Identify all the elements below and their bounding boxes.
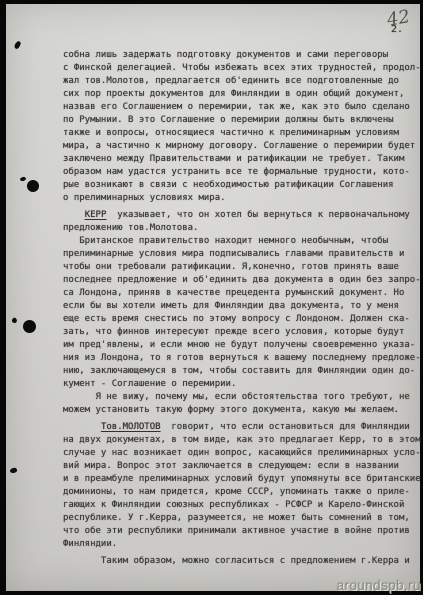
text-line: Я не вижу, почему мы, если обстоятельств… [63,391,422,404]
paragraph: КЕРР указывает, что он хотел бы вернутьс… [63,209,422,235]
hole-punch-dot [23,320,36,333]
text-line: мира, а частично к мирному договору. Сог… [63,140,422,153]
text-line: назвав его Соглашением о перемирии, так … [63,101,422,114]
text-line: Британское правительство находит немного… [63,235,422,248]
text-line: и в преамбуле прелиминарных условий буду… [63,473,422,486]
text-line: также и вопросы, относящиеся частично к … [63,127,422,140]
text-line: гающих к Финляндии союзных республиках -… [63,499,422,512]
speaker-name: Тов.МОЛОТОВ [101,422,161,432]
watermark: aroundspb.ru [337,578,421,593]
paragraph: Таким образом, можно согласиться с предл… [63,555,422,568]
text-line: если бы вы хотели иметь для Финляндии дв… [63,300,422,313]
scanned-page: 42 2. собна лишь задержать подготовку до… [0,0,423,595]
text-line: зать, что финнов интересуют прежде всего… [63,326,422,339]
paragraph: Тов.МОЛОТОВ говорит, что если остановить… [63,421,422,551]
text-line: Тов.МОЛОТОВ говорит, что если остановить… [63,421,422,434]
text-line: нию, заключающемуся в том, чтобы состави… [63,365,422,378]
text-line: по Румынии. В это Соглашение о перемирии… [63,114,422,127]
text-line: что обе эти республики принимали активно… [63,525,422,538]
text-line: доминионы, то нам придется, кроме СССР, … [63,486,422,499]
paragraph: Я не вижу, почему мы, если обстоятельств… [63,391,422,417]
text-line: еще есть время снестись по этому вопросу… [63,313,422,326]
text-line: Финляндии. [63,538,422,551]
text-line: кумент - Соглашение о перемирии. [63,378,422,391]
text-line: последнее предложение и об'единить два д… [63,274,422,287]
text-line: ния из Лондона, то я готов вернуться к в… [63,352,422,365]
text-line: чтобы они требовали ратификации. Я,конеч… [63,261,422,274]
text-line: жал тов.Молотов, предлагается об'единить… [63,75,422,88]
typed-page-number: 2. [391,24,403,35]
text-line: заключено между Правительствами и ратифи… [63,153,422,166]
text-line: образом нам удастся устранить все те фор… [63,166,422,179]
text-line: рые возникают в связи с необходимостью р… [63,179,422,192]
hole-punch-dot [27,180,39,192]
text-line: с Финской делегацией. Чтобы избежать все… [63,62,422,75]
text-line: им пред'явлены, и если мною не будут пол… [63,339,422,352]
text-line: можем установить такую форму этого докум… [63,404,422,417]
text-line: вий мира. Вопрос этот заключается в след… [63,460,422,473]
text-line: о прелиминарных условиях мира. [63,192,422,205]
text-line: прелиминарные условия мира подписывались… [63,248,422,261]
text-line: собна лишь задержать подготовку документ… [63,49,422,62]
text-line: сих пор проекты документов для Финляндии… [63,88,422,101]
text-line: Таким образом, можно согласиться с предл… [63,555,422,568]
speaker-name: КЕРР [85,210,107,220]
text-line: са Лондона, приняв в качестве прецедента… [63,287,422,300]
text-line: предложению тов.Молотова. [63,222,422,235]
text-line: случае у нас возникает один вопрос, каса… [63,447,422,460]
paragraph: собна лишь задержать подготовку документ… [63,49,422,205]
paragraph: Британское правительство находит немного… [63,235,422,391]
document-text: собна лишь задержать подготовку документ… [63,49,422,568]
text-line: республике. У г.Керра, разумеется, не мо… [63,512,422,525]
text-line: на двух документах, в том виде, как это … [63,434,422,447]
text-line: КЕРР указывает, что он хотел бы вернутьс… [63,209,422,222]
